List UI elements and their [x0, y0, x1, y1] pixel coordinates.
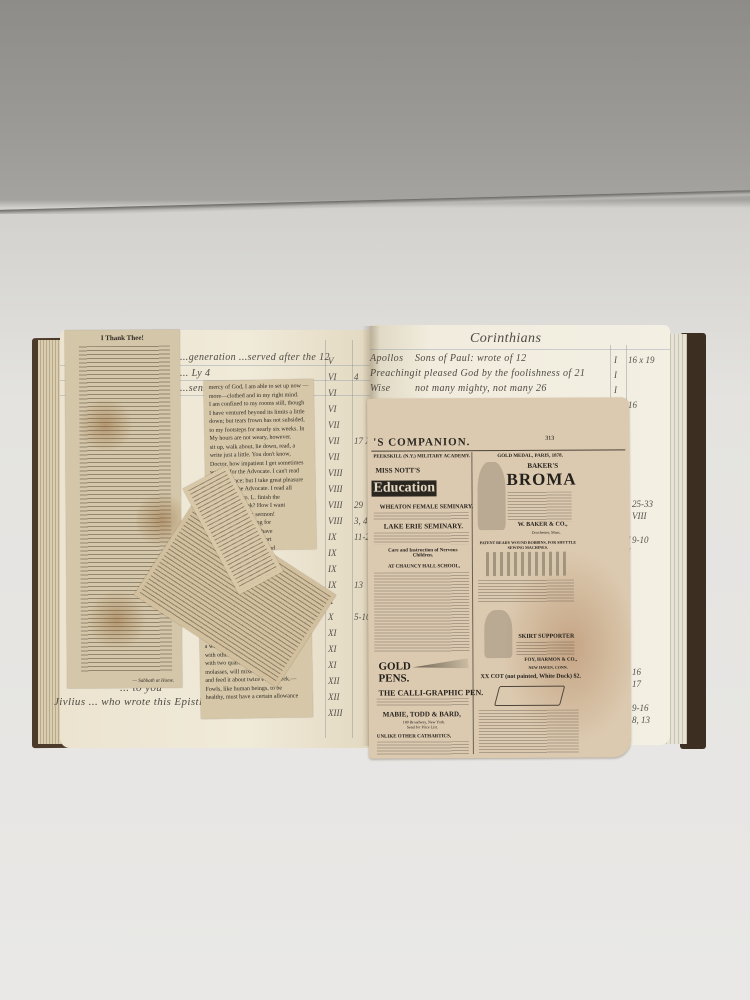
backdrop-horizon [0, 190, 750, 214]
ad-broma: BROMA [506, 470, 576, 490]
ad-nervous-children: Care and Instruction of Nervous Children… [378, 548, 468, 558]
ad-academy: PEEKSKILL (N.Y.) MILITARY ACADEMY. [373, 454, 470, 460]
roman-numeral: I [614, 385, 617, 395]
column-rule [352, 340, 353, 738]
periodical-header: 'S COMPANION. [373, 436, 470, 449]
ruled-line [370, 349, 670, 350]
ad-bakers: BAKER'S [527, 462, 558, 470]
ad-wheaton: WHEATON FEMALE SEMINARY. [380, 504, 474, 510]
water-stain [87, 590, 147, 650]
handwritten-line: it pleased God by the foolishness of 21 [415, 368, 585, 379]
poem-attribution: — Sabbath at Home. [133, 679, 175, 684]
bobbin-box-illustration [486, 552, 566, 576]
corset-illustration [484, 610, 512, 658]
advertisement-clipping: 'S COMPANION. 313 PEEKSKILL (N.Y.) MILIT… [367, 397, 631, 758]
cot-illustration [494, 686, 565, 706]
reference: 16 [628, 400, 637, 410]
ad-skirt-supporter: SKIRT SUPPORTER [518, 634, 574, 640]
column-divider [471, 452, 474, 754]
ad-mabie-todd: MABIE, TODD & BARD, [383, 710, 461, 718]
handwritten-line: Sons of Paul: wrote of 12 [415, 353, 527, 364]
water-stain [75, 400, 135, 450]
handwritten-line: ...generation ...served after the 12 [180, 352, 330, 363]
ad-gold-medal: GOLD MEDAL, PARIS, 1878. [497, 454, 562, 459]
roman-numeral: I [614, 370, 617, 380]
ad-foy-harmon: FOY, HARMON & CO., [524, 658, 577, 663]
poem-title: I Thank Thee! [65, 334, 180, 343]
handwritten-line: ... Ly 4 [180, 368, 210, 379]
ad-chauncy-hall: AT CHAUNCY HALL SCHOOL, [388, 564, 460, 569]
ad-cot: XX COT (not painted, White Duck) $2. [481, 674, 581, 681]
header-rule [371, 449, 625, 451]
ad-bobbins: PATENT READY WOUND BOBBINS, FOR SHUTTLE … [478, 540, 578, 551]
ad-baker-co: W. BAKER & CO., [518, 522, 568, 528]
ad-cathartics: UNLIKE OTHER CATHARTICS, [377, 734, 451, 739]
ad-gold-pens: GOLD [378, 660, 410, 672]
handwritten-line: not many mighty, not many 26 [415, 383, 547, 394]
ad-miss-notts: MISS NOTT'S [375, 466, 420, 474]
column-rule [325, 340, 326, 738]
pen-nib-icon [412, 658, 469, 672]
roman-numeral: I [614, 355, 617, 365]
ad-lake-erie: LAKE ERIE SEMINARY. [384, 522, 463, 530]
ad-education: Education [371, 480, 437, 496]
reference: 16 x 19 [628, 355, 655, 365]
photo-scene: ...generation ...served after the 12 ...… [0, 0, 750, 1000]
woman-illustration [477, 462, 505, 530]
page-number: 313 [545, 436, 554, 442]
ad-calligraphic-pen: THE CALLI-GRAPHIC PEN. [379, 688, 484, 698]
poem-clipping: I Thank Thee! — Sabbath at Home. [65, 330, 182, 689]
page-heading: Corinthians [470, 331, 541, 347]
handwritten-line: Jivlius ... who wrote this Epistle [54, 696, 208, 708]
